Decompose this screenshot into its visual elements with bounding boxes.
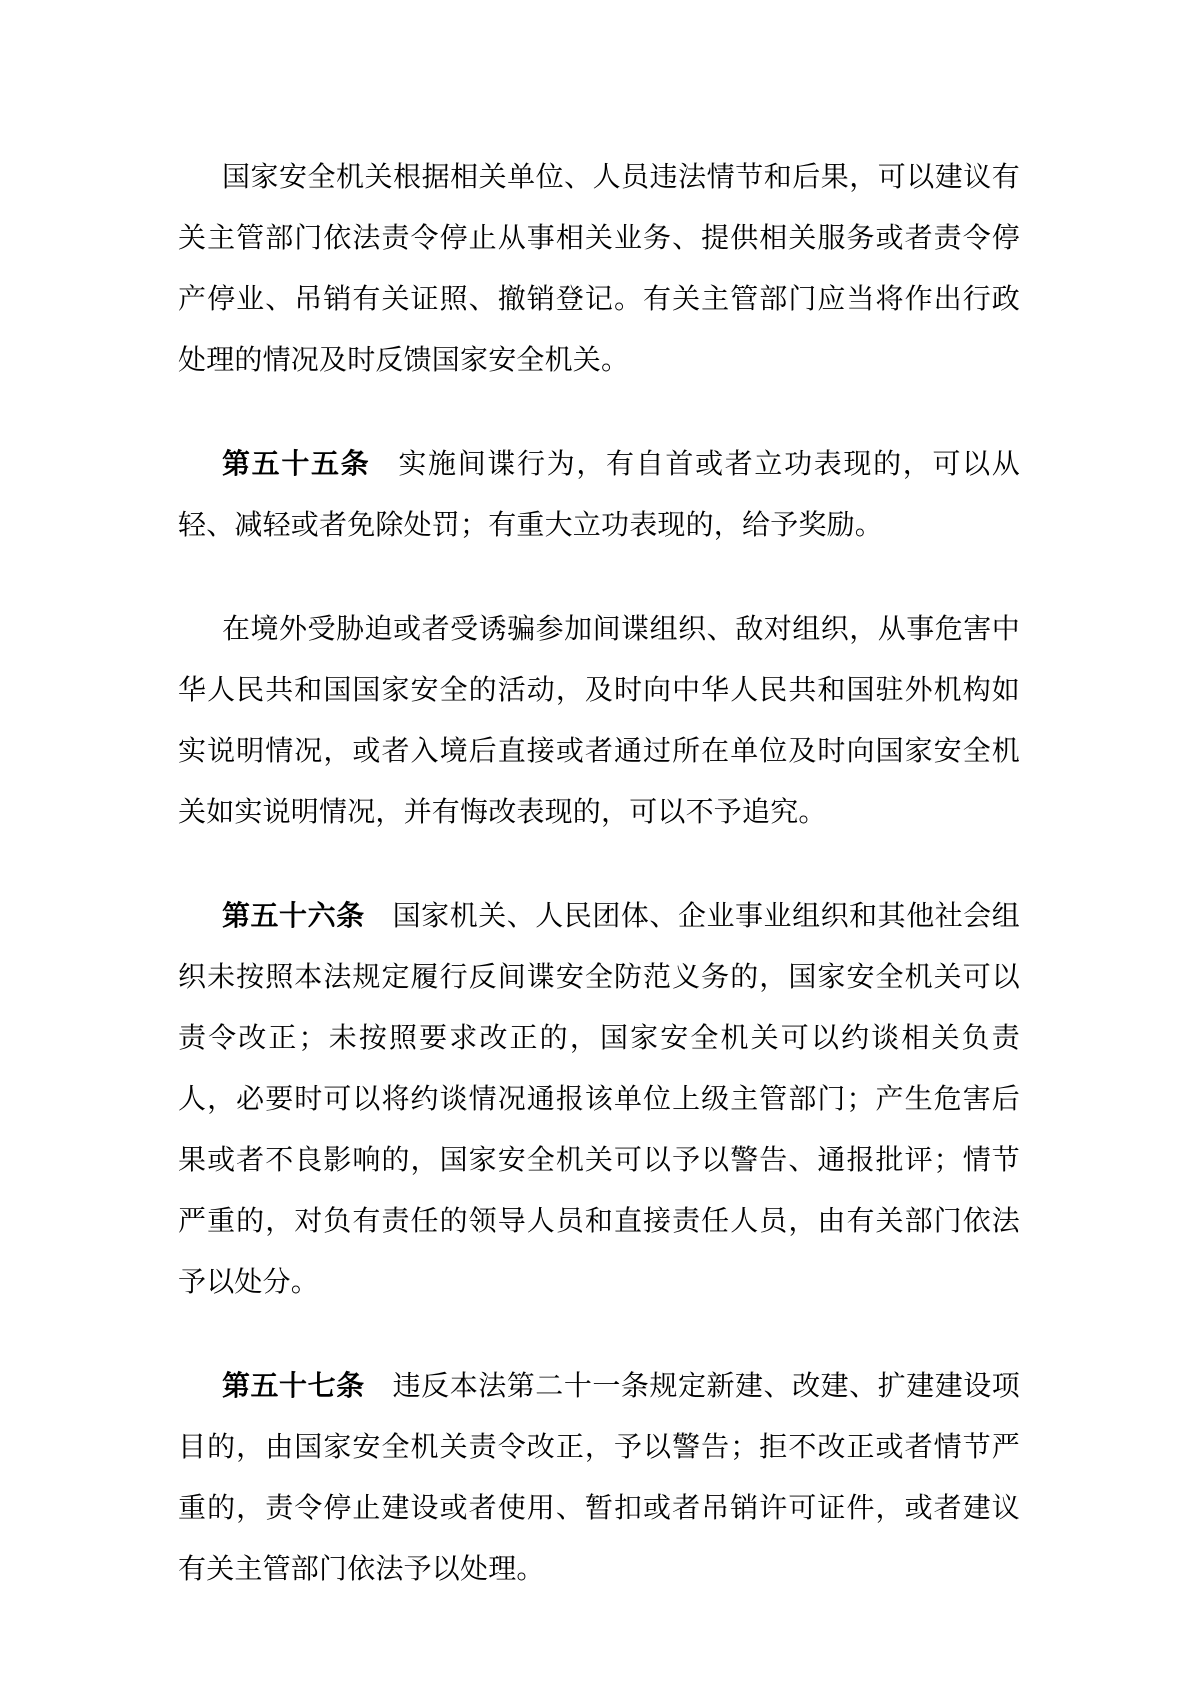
- article-56-number: 第五十六条: [222, 900, 365, 931]
- paragraph-text: 国家安全机关根据相关单位、人员违法情节和后果，可以建议有关主管部门依法责令停止从…: [178, 161, 1020, 375]
- paragraph-leniency: 在境外受胁迫或者受诱骗参加间谍组织、敌对组织，从事危害中华人民共和国国家安全的活…: [178, 598, 1020, 842]
- document-page: 国家安全机关根据相关单位、人员违法情节和后果，可以建议有关主管部门依法责令停止从…: [0, 0, 1191, 1684]
- article-55-number: 第五十五条: [222, 448, 370, 479]
- paragraph-article-56: 第五十六条国家机关、人民团体、企业事业组织和其他社会组织未按照本法规定履行反间谍…: [178, 885, 1020, 1312]
- paragraph-text: 违反本法第二十一条规定新建、改建、扩建建设项目的，由国家安全机关责令改正，予以警…: [178, 1370, 1020, 1584]
- article-57-number: 第五十七条: [222, 1370, 365, 1401]
- paragraph-text: 国家机关、人民团体、企业事业组织和其他社会组织未按照本法规定履行反间谍安全防范义…: [178, 900, 1020, 1297]
- paragraph-article-55: 第五十五条实施间谍行为，有自首或者立功表现的，可以从轻、减轻或者免除处罚；有重大…: [178, 433, 1020, 555]
- paragraph-article-57: 第五十七条违反本法第二十一条规定新建、改建、扩建建设项目的，由国家安全机关责令改…: [178, 1355, 1020, 1599]
- paragraph-admin-measures: 国家安全机关根据相关单位、人员违法情节和后果，可以建议有关主管部门依法责令停止从…: [178, 146, 1020, 390]
- paragraph-text: 在境外受胁迫或者受诱骗参加间谍组织、敌对组织，从事危害中华人民共和国国家安全的活…: [178, 613, 1020, 827]
